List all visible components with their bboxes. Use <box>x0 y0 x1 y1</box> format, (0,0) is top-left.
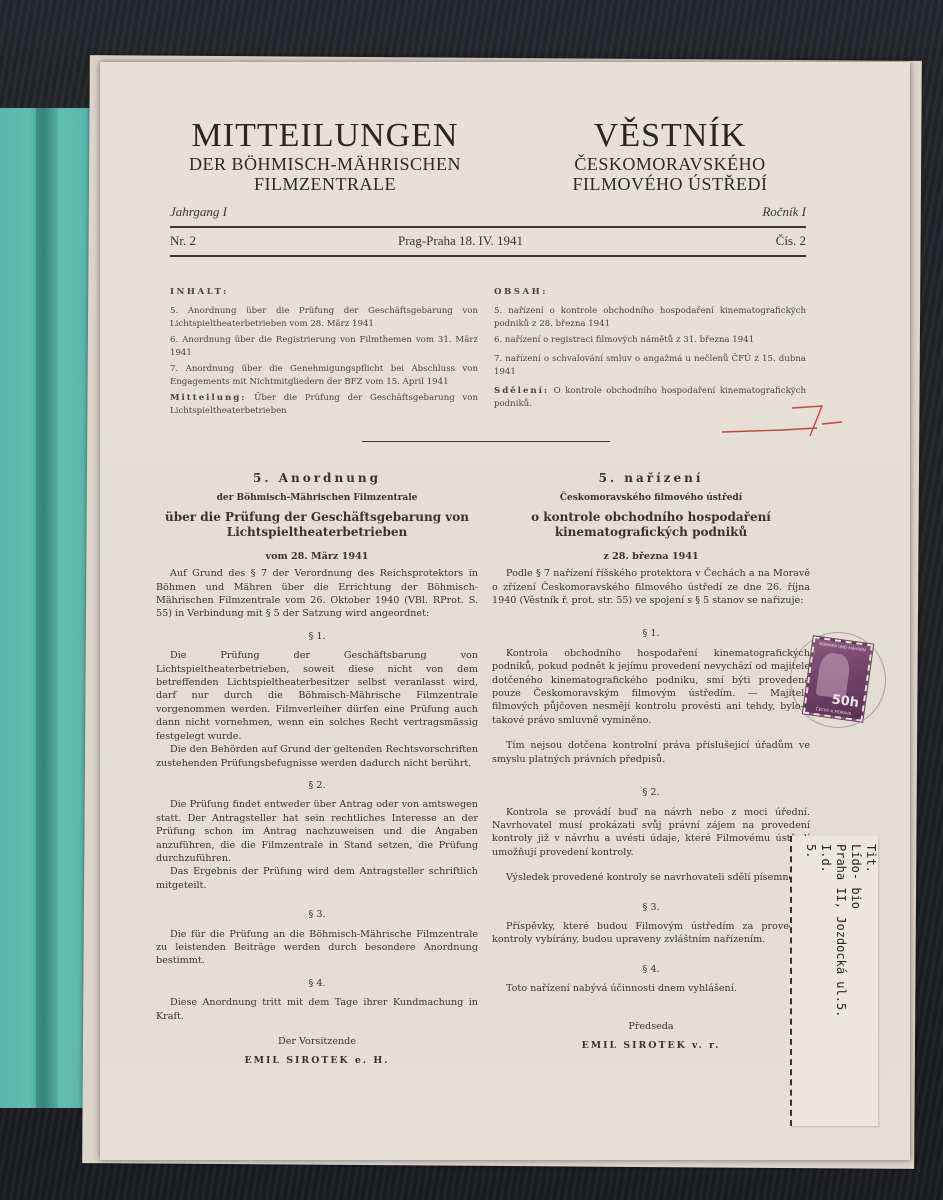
article-date: vom 28. März 1941 <box>156 550 478 563</box>
volume-czech: Ročník I <box>762 204 806 220</box>
top-rule <box>170 226 806 228</box>
spacer <box>492 859 810 871</box>
section-1-label: § 1. <box>156 630 478 643</box>
section-3-paragraph: Die für die Prüfung an die Böhmisch-Mähr… <box>156 928 478 968</box>
masthead-czech: VĚSTNÍK ČESKOMORAVSKÉHO FILMOVÉHO ÚSTŘED… <box>530 118 810 194</box>
signer-name: EMIL SIROTEK v. r. <box>492 1039 810 1052</box>
toc-item: 5. Anordnung über die Prüfung der Geschä… <box>170 305 478 331</box>
preamble: Podle § 7 nařízení říšského protektora v… <box>492 567 810 607</box>
section-1-paragraph: Die den Behörden auf Grund der geltenden… <box>156 743 478 770</box>
bottom-rule <box>170 255 806 257</box>
subtitle-german-line2: FILMZENTRALE <box>170 174 480 194</box>
toc-item: 5. nařízení o kontrole obchodního hospod… <box>494 305 806 331</box>
address-label: Tit. Lído- bio Praha II, Jozdocká ul.5. … <box>790 836 878 1126</box>
issue-number-german: Nr. 2 <box>170 233 196 248</box>
section-2-label: § 2. <box>156 779 478 792</box>
toc-item: 7. nařízení o schvalování smluv o angažm… <box>494 353 806 379</box>
article-german: 5. Anordnung der Böhmisch-Mährischen Fil… <box>156 472 478 1068</box>
article-issuer: der Böhmisch-Mährischen Filmzentrale <box>156 492 478 505</box>
article-issuer: Českomoravského filmového ústředí <box>492 492 810 505</box>
subtitle-czech-line2: FILMOVÉHO ÚSTŘEDÍ <box>530 174 810 194</box>
volume-german: Jahrgang I <box>170 204 227 219</box>
toc-item: 7. Anordnung über die Genehmigungspflich… <box>170 363 478 389</box>
section-4-label: § 4. <box>156 977 478 990</box>
section-1-paragraph: Die Prüfung der Geschäftsbarung von Lich… <box>156 649 478 743</box>
toc-heading: OBSAH: <box>494 286 806 299</box>
postage-stamp: BÖHMEN UND MÄHREN 50h ČECHY A MORAVA <box>803 636 873 722</box>
article-title: 5. Anordnung <box>156 472 478 485</box>
title-german: MITTEILUNGEN <box>170 118 480 154</box>
toc-item: 6. nařízení o registraci filmových námět… <box>494 334 806 347</box>
section-1-paragraph: Tím nejsou dotčena kontrolní práva přísl… <box>492 739 810 766</box>
article-subject: über die Prüfung der Geschäftsgebarung v… <box>156 510 478 540</box>
section-divider <box>362 441 610 442</box>
stamp-country-german: BÖHMEN UND MÄHREN <box>816 641 868 653</box>
article-subject: o kontrole obchodního hospodaření kinema… <box>492 510 810 540</box>
preamble: Auf Grund des § 7 der Verordnung des Rei… <box>156 567 478 621</box>
spacer <box>492 727 810 739</box>
section-2-paragraph: Die Prüfung findet entweder über Antrag … <box>156 798 478 865</box>
address-label-text: Tit. Lído- bio Praha II, Jozdocká ul.5. … <box>803 844 878 1124</box>
section-2-paragraph: Das Ergebnis der Prüfung wird dem Antrag… <box>156 865 478 892</box>
section-1-paragraph: Kontrola obchodního hospodaření kinemato… <box>492 647 810 727</box>
section-3-paragraph: Příspěvky, které budou Filmovým ústředím… <box>492 920 810 947</box>
section-4-label: § 4. <box>492 963 810 976</box>
subtitle-czech-line1: ČESKOMORAVSKÉHO <box>530 154 810 174</box>
issue-row: Nr. 2 Prag-Praha 18. IV. 1941 Čís. 2 <box>170 233 806 249</box>
section-4-paragraph: Toto nařízení nabývá účinnosti dnem vyhl… <box>492 982 810 995</box>
section-2-paragraph: Kontrola se provádí buď na návrh nebo z … <box>492 806 810 860</box>
section-2-label: § 2. <box>492 786 810 799</box>
toc-heading: INHALT: <box>170 286 478 299</box>
toc-item: 6. Anordnung über die Registrierung von … <box>170 334 478 360</box>
document-page: MITTEILUNGEN DER BÖHMISCH-MÄHRISCHEN FIL… <box>100 62 910 1160</box>
toc-note: Mitteilung: Über die Prüfung der Geschäf… <box>170 392 478 418</box>
article-date: z 28. března 1941 <box>492 550 810 563</box>
subtitle-german-line1: DER BÖHMISCH-MÄHRISCHEN <box>170 154 480 174</box>
masthead-german: MITTEILUNGEN DER BÖHMISCH-MÄHRISCHEN FIL… <box>170 118 480 194</box>
section-2-paragraph: Výsledek provedené kontroly se navrhovat… <box>492 871 810 884</box>
signer-name: EMIL SIROTEK e. H. <box>156 1054 478 1067</box>
article-title: 5. nařízení <box>492 472 810 485</box>
table-of-contents-czech: OBSAH: 5. nařízení o kontrole obchodního… <box>494 286 806 414</box>
section-3-label: § 3. <box>156 908 478 921</box>
title-czech: VĚSTNÍK <box>530 118 810 154</box>
table-of-contents-german: INHALT: 5. Anordnung über die Prüfung de… <box>170 286 478 421</box>
article-czech: 5. nařízení Českomoravského filmového ús… <box>492 472 810 1052</box>
section-4-paragraph: Diese Anordnung tritt mit dem Tage ihrer… <box>156 996 478 1023</box>
toc-note-label: Mitteilung: <box>170 393 246 403</box>
signature-role: Der Vorsitzende <box>156 1035 478 1048</box>
issue-number-czech: Čís. 2 <box>776 233 806 249</box>
place-date: Prag-Praha 18. IV. 1941 <box>398 233 523 249</box>
signature-role: Předseda <box>492 1020 810 1033</box>
section-1-label: § 1. <box>492 627 810 640</box>
volume-row: Jahrgang I Ročník I <box>170 204 806 220</box>
section-3-label: § 3. <box>492 901 810 914</box>
toc-note-label: Sdělení: <box>494 386 549 396</box>
red-pencil-mark <box>722 402 842 442</box>
